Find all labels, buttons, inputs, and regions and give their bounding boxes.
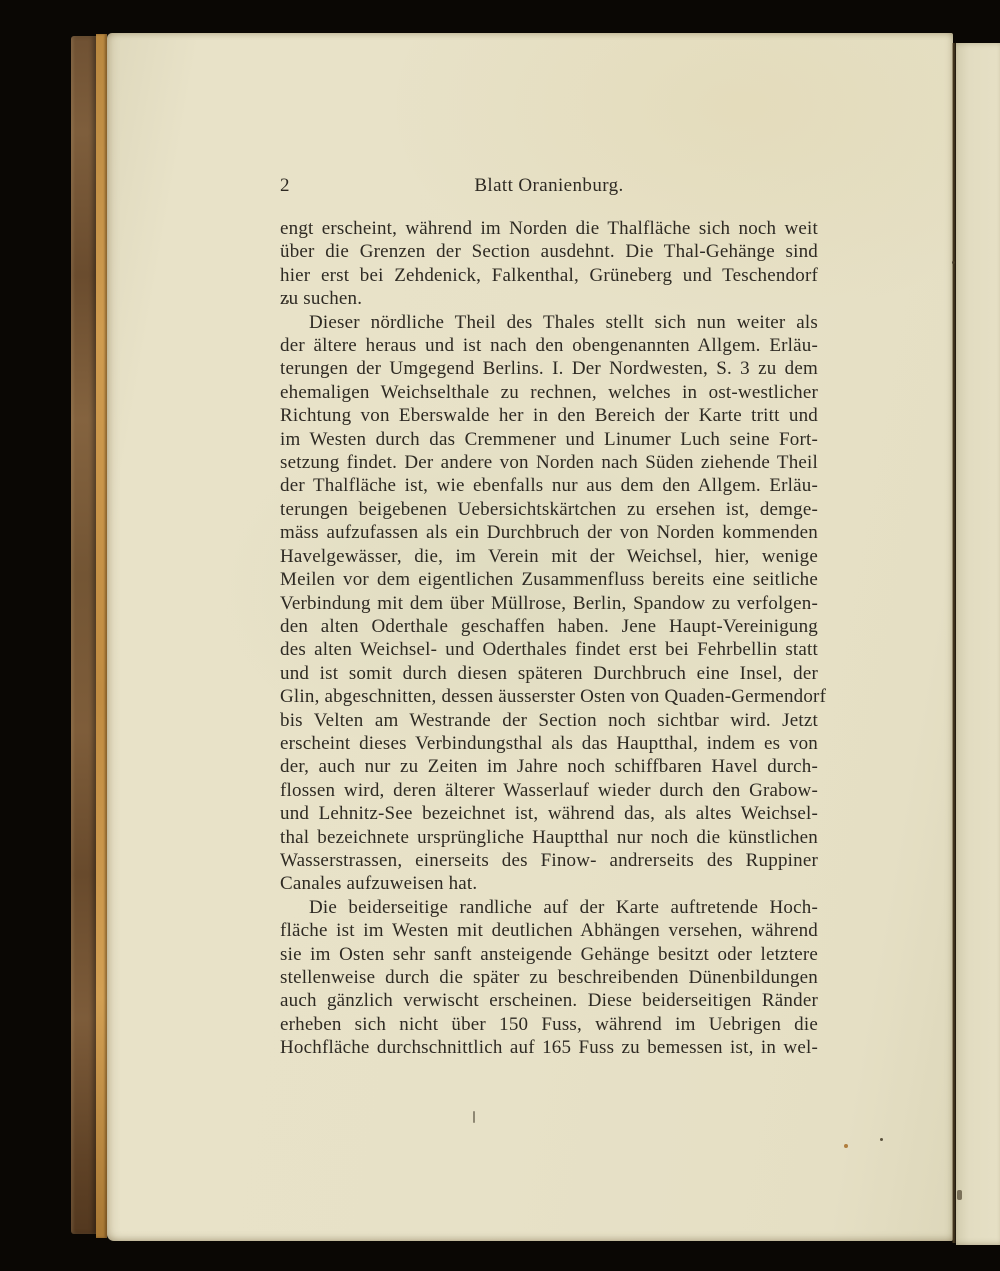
book-binding-edge (71, 36, 96, 1234)
book-page: 2 Blatt Oranienburg. engt erscheint, wäh… (107, 33, 953, 1241)
running-header: Blatt Oranienburg. (280, 175, 818, 197)
text-line: erscheint dieses Verbindungsthal als das… (280, 732, 818, 755)
text-line: Richtung von Eberswalde her in den Berei… (280, 404, 818, 427)
text-line: über die Grenzen der Section ausdehnt. D… (280, 240, 818, 263)
text-line: Hochfläche durchschnittlich auf 165 Fuss… (280, 1036, 818, 1059)
text-line: des alten Weichsel- und Oderthales finde… (280, 638, 818, 661)
text-line: terungen der Umgegend Berlins. I. Der No… (280, 357, 818, 380)
text-line: Verbindung mit dem über Müllrose, Berlin… (280, 592, 818, 615)
ink-stray-mark (473, 1111, 475, 1123)
text-line: Havelgewässer, die, im Verein mit der We… (280, 545, 818, 568)
text-line: den alten Oderthale geschaffen haben. Je… (280, 615, 818, 638)
text-line: mäss aufzufassen als ein Durchbruch der … (280, 521, 818, 544)
text-line: der ältere heraus und ist nach den obeng… (280, 334, 818, 357)
text-line: setzung findet. Der andere von Norden na… (280, 451, 818, 474)
text-line: engt erscheint, während im Norden die Th… (280, 217, 818, 240)
text-line: thal bezeichnete ursprüngliche Hauptthal… (280, 826, 818, 849)
text-line: zu suchen. (280, 287, 818, 310)
text-line: fläche ist im Westen mit deutlichen Abhä… (280, 919, 818, 942)
text-line: Canales aufzuweisen hat. (280, 872, 818, 895)
text-line: erheben sich nicht über 150 Fuss, währen… (280, 1013, 818, 1036)
text-line: sie im Osten sehr sanft ansteigende Gehä… (280, 943, 818, 966)
book-scan: 2 Blatt Oranienburg. engt erscheint, wäh… (0, 0, 1000, 1271)
scanner-background: { "page": { "number": "2", "header": "Bl… (0, 0, 1000, 1271)
text-line: hier erst bei Zehdenick, Falkenthal, Grü… (280, 264, 818, 287)
page-number: 2 (280, 175, 290, 197)
scan-speck (957, 1190, 962, 1200)
text-line: und Lehnitz-See bezeichnet ist, während … (280, 802, 818, 825)
text-line: stellenweise durch die später zu beschre… (280, 966, 818, 989)
next-page-edge (956, 43, 1000, 1245)
scan-speck (880, 1138, 883, 1141)
text-line: der Thalfläche ist, wie ebenfalls nur au… (280, 474, 818, 497)
text-line: Wasserstrassen, einerseits des Finow- an… (280, 849, 818, 872)
text-line: Die beiderseitige randliche auf der Kart… (280, 896, 818, 919)
text-line: Dieser nördliche Theil des Thales stellt… (280, 311, 818, 334)
text-line: Glin, abgeschnitten, dessen äusserster O… (280, 685, 818, 708)
text-line: terungen beigebenen Uebersichtskärtchen … (280, 498, 818, 521)
text-line: Meilen vor dem eigentlichen Zusammenflus… (280, 568, 818, 591)
text-line: bis Velten am Westrande der Section noch… (280, 709, 818, 732)
text-line: ehemaligen Weichselthale zu rechnen, wel… (280, 381, 818, 404)
scan-speck (844, 1144, 848, 1148)
page-header: 2 Blatt Oranienburg. (280, 175, 818, 199)
text-line: flossen wird, deren älterer Wasserlauf w… (280, 779, 818, 802)
scan-speck (286, 300, 289, 303)
text-block: engt erscheint, während im Norden die Th… (280, 217, 818, 1060)
binding-gilt-edge (96, 34, 107, 1238)
text-line: im Westen durch das Cremmener und Linume… (280, 428, 818, 451)
text-line: der, auch nur zu Zeiten im Jahre noch sc… (280, 755, 818, 778)
text-line: auch gänzlich verwischt erscheinen. Dies… (280, 989, 818, 1012)
text-line: und ist somit durch diesen späteren Durc… (280, 662, 818, 685)
